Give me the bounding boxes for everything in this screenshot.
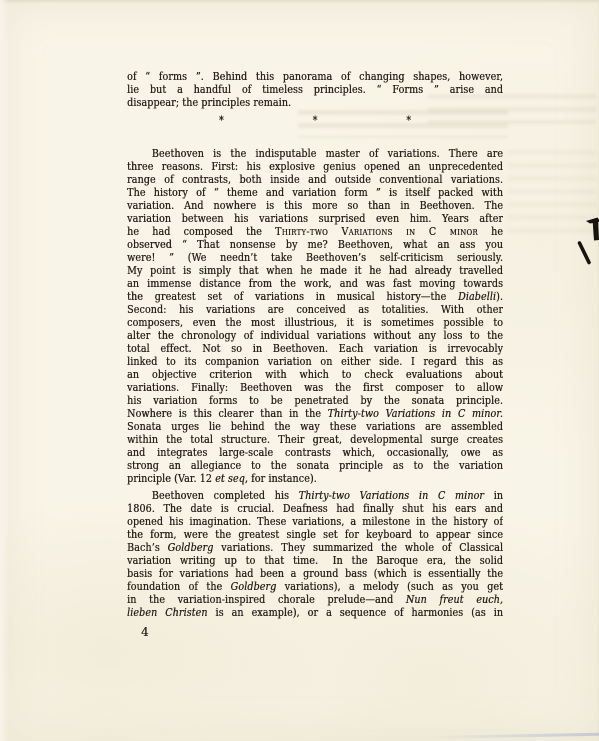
italic-text: et seq (215, 472, 245, 485)
body-text: principle (Var. 12 (127, 472, 215, 485)
body-text: foundation of the (127, 580, 231, 593)
body-text: of “ forms ”. Behind this panorama of ch… (127, 70, 503, 83)
italic-text: Thirty-two Variations in C minor (299, 489, 484, 502)
paragraph: Beethoven completed his Thirty-two Varia… (127, 489, 503, 619)
text-line: his variation forms to be penetrated by … (127, 394, 503, 407)
text-line: total effect. Not so in Beethoven. Each … (127, 342, 503, 355)
text-line: 1806. The date is crucial. Deafness had … (127, 502, 503, 515)
body-text: in the variation-inspired chorale prelud… (127, 593, 406, 606)
text-line: in the variation-inspired chorale prelud… (127, 593, 503, 606)
body-text: disappear; the principles remain. (127, 96, 291, 109)
body-text: he had composed the (127, 225, 275, 238)
body-text: an objective criterion with which to che… (127, 368, 503, 381)
body-text: Nowhere is this clearer than in the (127, 407, 328, 420)
text-line: alter the chronology of individual varia… (127, 329, 503, 342)
text-line: composers, even the most illustrious, it… (127, 316, 503, 329)
text-line: Beethoven is the indisputable master of … (127, 147, 503, 160)
text-line: linked to its companion variation on eit… (127, 355, 503, 368)
text-line: principle (Var. 12 et seq, for instance)… (127, 472, 503, 485)
text-line: lie but a handful of timeless principles… (127, 83, 503, 96)
body-text: variations), a melody (such as you get (276, 580, 503, 593)
body-text: Beethoven is the indisputable master of … (152, 147, 503, 160)
body-text: The history of “ theme and variation for… (127, 186, 503, 199)
text-line: three reasons. First: his explosive geni… (127, 160, 503, 173)
body-text: his variation forms to be penetrated by … (127, 394, 503, 407)
body-text: variations. They summarized the whole of… (213, 541, 503, 554)
body-text: observed “ That nonsense by me? Beethove… (127, 238, 503, 251)
body-text: Sonata urges lie behind the way these va… (127, 420, 503, 433)
text-line: foundation of the Goldberg variations), … (127, 580, 503, 593)
text-line: the greatest set of variations in musica… (127, 290, 503, 303)
text-line: within the total structure. Their great,… (127, 433, 503, 446)
body-text: variations. Finally: Beethoven was the f… (127, 381, 503, 394)
body-text: and integrates large-scale contrasts whi… (127, 446, 503, 459)
italic-text: Goldberg (231, 580, 277, 593)
page-text: of “ forms ”. Behind this panorama of ch… (127, 70, 503, 619)
body-text: within the total structure. Their great,… (127, 433, 503, 446)
asterisk: * (406, 114, 411, 130)
text-line: he had composed the Thirty-two Variation… (127, 225, 503, 238)
body-text: Second: his variations are conceived as … (127, 303, 503, 316)
text-line: Second: his variations are conceived as … (127, 303, 503, 316)
body-text: an immense distance from the work, and w… (127, 277, 503, 290)
body-text: variation between his variations surpris… (127, 212, 503, 225)
margin-ink-mark (570, 212, 599, 274)
body-text: the greatest set of variations in musica… (127, 290, 458, 303)
text-line: of “ forms ”. Behind this panorama of ch… (127, 70, 503, 83)
body-text: opened his imagination. These variations… (127, 515, 503, 528)
scanner-edge-line (428, 733, 599, 739)
body-text: he (478, 225, 503, 238)
text-line: the form, were the greatest single set f… (127, 528, 503, 541)
text-line: variations. Finally: Beethoven was the f… (127, 381, 503, 394)
asterisk: * (313, 114, 318, 130)
text-line: Sonata urges lie behind the way these va… (127, 420, 503, 433)
body-text: alter the chronology of individual varia… (127, 329, 503, 342)
text-line: an immense distance from the work, and w… (127, 277, 503, 290)
body-text: variation. And nowhere is this more so t… (127, 199, 503, 212)
body-text: 1806. The date is crucial. Deafness had … (127, 502, 503, 515)
text-line: Nowhere is this clearer than in the Thir… (127, 407, 503, 420)
body-text: basis for variations had been a ground b… (127, 567, 503, 580)
italic-text: Thirty-two Variations in C minor. (328, 407, 503, 420)
italic-text: Nun freut euch, (406, 593, 503, 606)
body-text: were! ” (We needn’t take Beethoven’s sel… (127, 251, 503, 264)
text-line: observed “ That nonsense by me? Beethove… (127, 238, 503, 251)
text-line: Beethoven completed his Thirty-two Varia… (127, 489, 503, 502)
body-text: lie but a handful of timeless principles… (127, 83, 503, 96)
body-text: is an example), or a sequence of harmoni… (207, 606, 502, 619)
text-line: basis for variations had been a ground b… (127, 567, 503, 580)
body-text: Bach’s (127, 541, 168, 554)
paragraph: Beethoven is the indisputable master of … (127, 147, 503, 485)
text-line: variation between his variations surpris… (127, 212, 503, 225)
text-line: variation writing up to that time. In th… (127, 554, 503, 567)
text-line: My point is simply that when he made it … (127, 264, 503, 277)
body-text: strong an allegiance to the sonata princ… (127, 459, 503, 472)
body-text: Beethoven completed his (152, 489, 299, 502)
text-line: lieben Christen is an example), or a seq… (127, 606, 503, 619)
italic-text: lieben Christen (127, 606, 207, 619)
text-line: and integrates large-scale contrasts whi… (127, 446, 503, 459)
body-text: in (484, 489, 503, 502)
page-edge-highlight (0, 0, 9, 741)
paragraph: of “ forms ”. Behind this panorama of ch… (127, 70, 503, 109)
scanned-book-page: of “ forms ”. Behind this panorama of ch… (0, 0, 599, 741)
body-text: ). (496, 290, 503, 303)
body-text: linked to its companion variation on eit… (127, 355, 503, 368)
body-text: variation writing up to that time. In th… (127, 554, 503, 567)
text-line: variation. And nowhere is this more so t… (127, 199, 503, 212)
text-line: strong an allegiance to the sonata princ… (127, 459, 503, 472)
body-text: range of contrasts, both inside and outs… (127, 173, 503, 186)
asterisk: * (219, 114, 224, 130)
smallcaps-text: Thirty-two Variations in C minor (275, 225, 478, 238)
italic-text: Goldberg (168, 541, 214, 554)
body-text: total effect. Not so in Beethoven. Each … (127, 342, 503, 355)
text-line: an objective criterion with which to che… (127, 368, 503, 381)
body-text: the form, were the greatest single set f… (127, 528, 503, 541)
italic-text: Diabelli (458, 290, 496, 303)
text-line: opened his imagination. These variations… (127, 515, 503, 528)
page-number: 4 (141, 625, 149, 639)
body-text: composers, even the most illustrious, it… (127, 316, 503, 329)
text-line: range of contrasts, both inside and outs… (127, 173, 503, 186)
text-line: disappear; the principles remain. (127, 96, 503, 109)
body-text: My point is simply that when he made it … (127, 264, 503, 277)
text-line: were! ” (We needn’t take Beethoven’s sel… (127, 251, 503, 264)
body-text: three reasons. First: his explosive geni… (127, 160, 503, 173)
body-text: , for instance). (245, 472, 317, 485)
section-separator: *** (127, 114, 503, 130)
text-line: Bach’s Goldberg variations. They summari… (127, 541, 503, 554)
text-line: The history of “ theme and variation for… (127, 186, 503, 199)
